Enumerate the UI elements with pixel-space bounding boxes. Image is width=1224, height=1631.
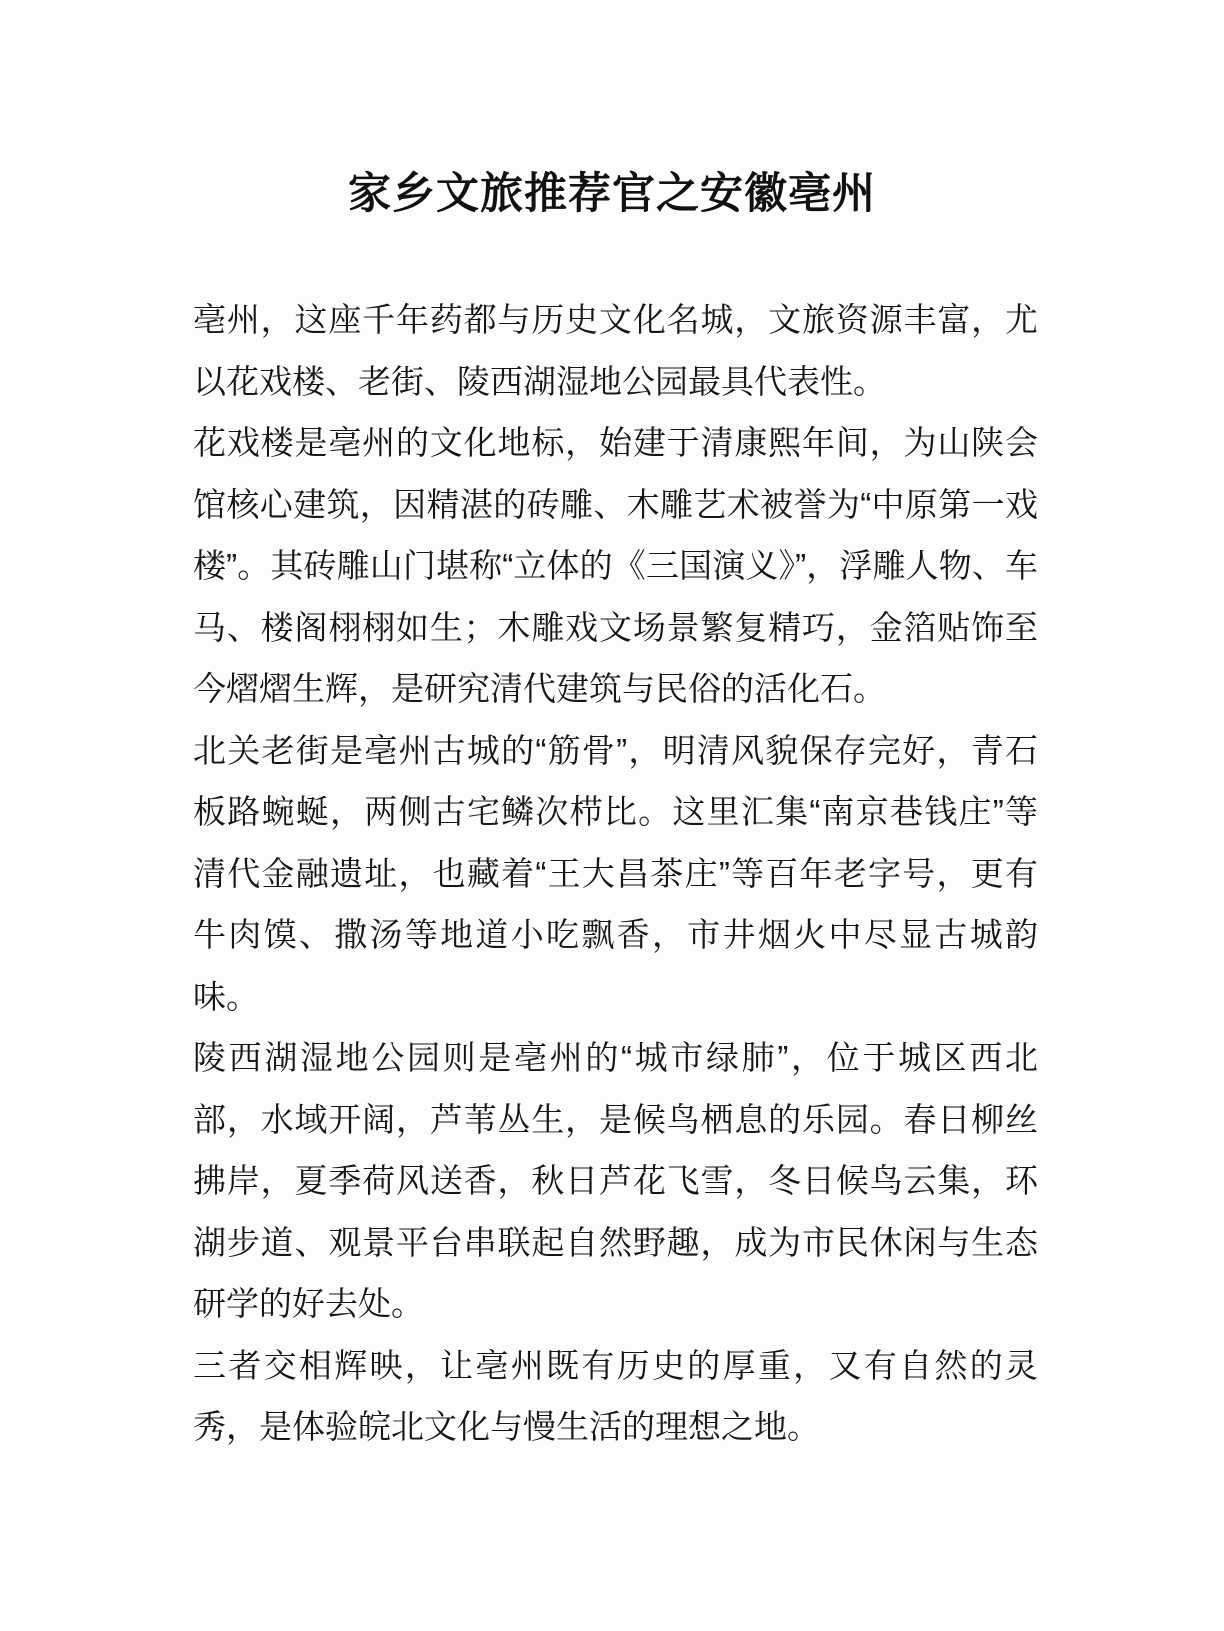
document-body: 亳州，这座千年药都与历史文化名城，文旅资源丰富，尤以花戏楼、老街、陵西湖湿地公园… <box>193 289 1038 1458</box>
paragraph: 北关老街是亳州古城的“筋骨”，明清风貌保存完好，青石板路蜿蜒，两侧古宅鳞次栉比。… <box>193 720 1038 1028</box>
paragraph: 花戏楼是亳州的文化地标，始建于清康熙年间，为山陕会馆核心建筑，因精湛的砖雕、木雕… <box>193 412 1038 720</box>
paragraph: 三者交相辉映，让亳州既有历史的厚重，又有自然的灵秀，是体验皖北文化与慢生活的理想… <box>193 1335 1038 1458</box>
document-page: 家乡文旅推荐官之安徽亳州 亳州，这座千年药都与历史文化名城，文旅资源丰富，尤以花… <box>0 0 1224 1631</box>
paragraph: 亳州，这座千年药都与历史文化名城，文旅资源丰富，尤以花戏楼、老街、陵西湖湿地公园… <box>193 289 1038 412</box>
document-title: 家乡文旅推荐官之安徽亳州 <box>0 0 1224 221</box>
paragraph: 陵西湖湿地公园则是亳州的“城市绿肺”，位于城区西北部，水域开阔，芦苇丛生，是候鸟… <box>193 1027 1038 1335</box>
